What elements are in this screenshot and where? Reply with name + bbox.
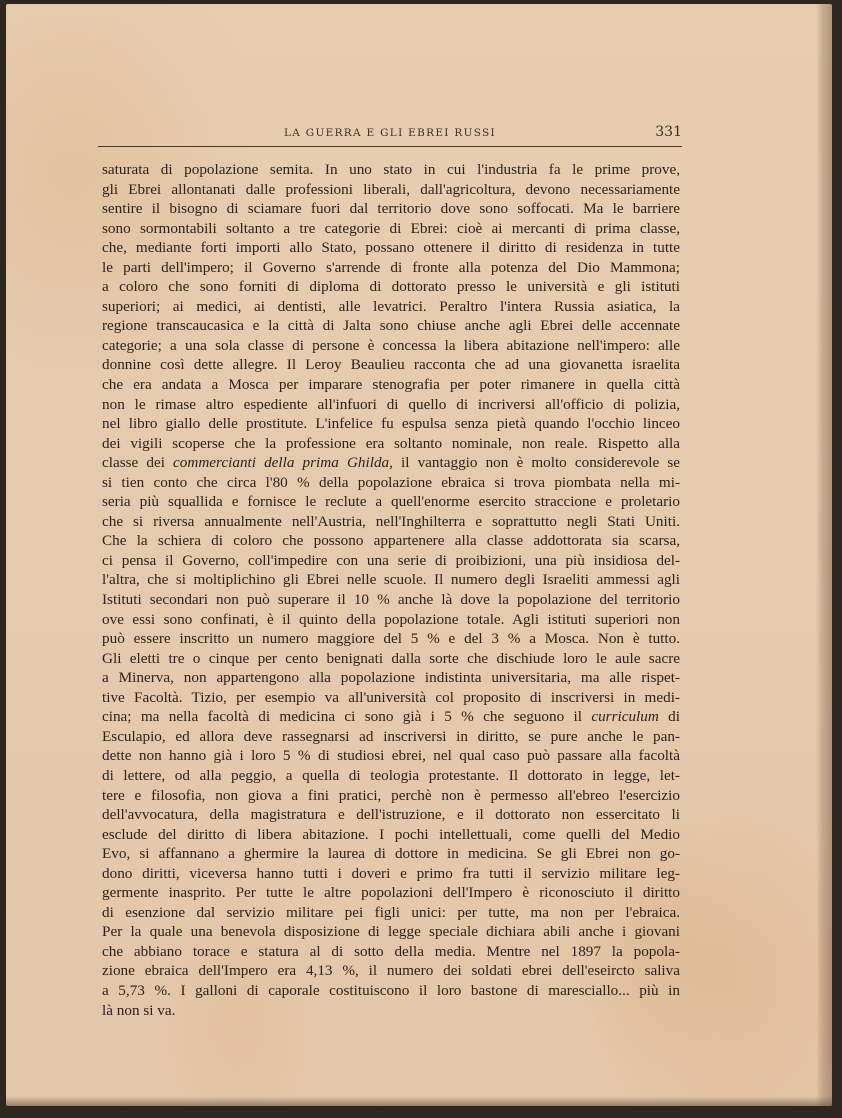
running-header: LA GUERRA E GLI EBREI RUSSI 331 bbox=[98, 124, 682, 147]
text-line: sono sormontabili soltanto a tre categor… bbox=[102, 219, 680, 239]
text-line: superiori; ai medici, ai dentisti, alle … bbox=[102, 297, 680, 317]
text-line: saturata di popolazione semita. In uno s… bbox=[102, 160, 680, 180]
text-line: germente inasprito. Per tutte le altre p… bbox=[102, 883, 680, 903]
text-line: di lettere, od alla peggio, a quella di … bbox=[102, 766, 680, 786]
text-line: tive Facoltà. Tizio, per esempio va all'… bbox=[102, 688, 680, 708]
text-line: gli Ebrei allontanati dalle professioni … bbox=[102, 180, 680, 200]
text-line: donnine così dette allegre. Il Leroy Bea… bbox=[102, 355, 680, 375]
text-line: Istituti secondari non può superare il 1… bbox=[102, 590, 680, 610]
body-paragraph: saturata di popolazione semita. In uno s… bbox=[102, 160, 680, 1020]
italic-phrase: curriculum bbox=[591, 708, 659, 725]
text-line: a 5,73 %. I galloni di caporale costitui… bbox=[102, 981, 680, 1001]
text-line: che era andata a Mosca per imparare sten… bbox=[102, 375, 680, 395]
text-line: zione ebraica dell'Impero era 4,13 %, il… bbox=[102, 961, 680, 981]
text-line: dell'avvocatura, della magistratura e de… bbox=[102, 805, 680, 825]
text-line: Che la schiera di coloro che possono app… bbox=[102, 531, 680, 551]
text-line: Gli eletti tre o cinque per cento benign… bbox=[102, 649, 680, 669]
page-bottom-edge bbox=[6, 1096, 832, 1106]
text-line: le parti dell'impero; il Governo s'arren… bbox=[102, 258, 680, 278]
text-line: regione transcaucasica e la città di Jal… bbox=[102, 316, 680, 336]
text-line: Evo, si affannano a ghermire la laurea d… bbox=[102, 844, 680, 864]
text-line: là non si va. bbox=[102, 1001, 680, 1021]
text-line: ci pensa il Governo, coll'impedire con u… bbox=[102, 551, 680, 571]
text-line: di esenzione dal servizio militare pei f… bbox=[102, 903, 680, 923]
text-line: seria più squallida e fornisce le reclut… bbox=[102, 492, 680, 512]
text-line: ove essi sono confinati, è il quinto del… bbox=[102, 610, 680, 630]
text-line: Esculapio, ed allora deve rassegnarsi ad… bbox=[102, 727, 680, 747]
text-line: si tien conto che circa l'80 % della pop… bbox=[102, 473, 680, 493]
text-line: a Minerva, non appartengono alla popolaz… bbox=[102, 668, 680, 688]
text-line: classe dei commercianti della prima Ghil… bbox=[102, 453, 680, 473]
italic-phrase: commercianti della prima Ghilda bbox=[173, 454, 389, 471]
page-edge-shadow bbox=[816, 4, 832, 1106]
text-line: può essere inscritto un numero maggiore … bbox=[102, 629, 680, 649]
text-line: che abbiano torace e statura al di sotto… bbox=[102, 942, 680, 962]
text-line: a coloro che sono forniti di diploma di … bbox=[102, 277, 680, 297]
text-line: cina; ma nella facoltà di medicina ci so… bbox=[102, 707, 680, 727]
page-number: 331 bbox=[655, 124, 682, 140]
text-line: categorie; a una sola classe di persone … bbox=[102, 336, 680, 356]
text-line: esclude del diritto di libera abitazione… bbox=[102, 825, 680, 845]
text-line: tere e filosofia, non giova a fini prati… bbox=[102, 786, 680, 806]
text-line: che si riversa annualmente nell'Austria,… bbox=[102, 512, 680, 532]
text-line: dei vigili scoperse che la professione e… bbox=[102, 434, 680, 454]
text-line: Per la quale una benevola disposizione d… bbox=[102, 922, 680, 942]
text-line: nel libro giallo delle prostitute. L'inf… bbox=[102, 414, 680, 434]
text-line: dette non hanno già i loro 5 % di studio… bbox=[102, 746, 680, 766]
text-line: non le rimase altro espediente all'infuo… bbox=[102, 395, 680, 415]
text-line: che, mediante forti importi allo Stato, … bbox=[102, 238, 680, 258]
scanned-book-page: LA GUERRA E GLI EBREI RUSSI 331 saturata… bbox=[0, 0, 842, 1118]
text-line: l'altra, che si moltiplichino gli Ebrei … bbox=[102, 570, 680, 590]
text-line: dono diritti, viceversa hanno tutti i do… bbox=[102, 864, 680, 884]
running-title: LA GUERRA E GLI EBREI RUSSI bbox=[98, 127, 682, 139]
text-line: sentire il bisogno di sciamare fuori dal… bbox=[102, 199, 680, 219]
